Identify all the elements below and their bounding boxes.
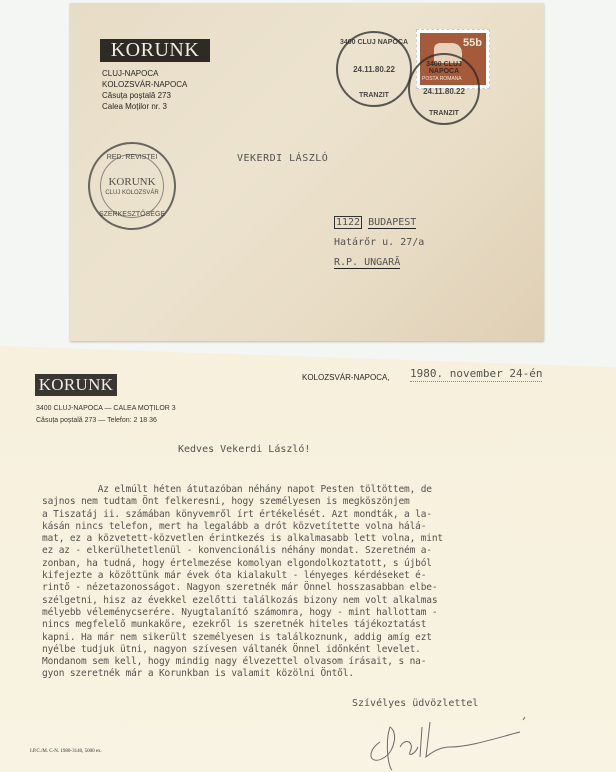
recipient-street: Határőr u. 27/a xyxy=(334,233,424,253)
recipient-zip: 1122 xyxy=(334,216,362,229)
letter-body-line: ez az - elkerülhetetlenül - konvencionál… xyxy=(42,545,602,557)
letter-body-line: kifejezte a közöttünk már évek óta kiala… xyxy=(42,570,602,582)
recipient-name: VEKERDI LÁSZLÓ xyxy=(237,153,328,164)
seal-middle-text: KORUNK xyxy=(90,176,174,188)
seal-top-text: RED. REVISTEI xyxy=(90,154,174,161)
letter-body-line: kásán nincs telefon, mert ha legalább a … xyxy=(42,521,602,533)
letter-body-line: mat, ez a közvetett-közvetlen érintkezés… xyxy=(42,533,602,545)
postmark-bottom-text: TRANZIT xyxy=(410,110,478,117)
envelope: KORUNK CLUJ-NAPOCA KOLOZSVÁR-NAPOCA Căsu… xyxy=(70,3,544,341)
letterhead-address: 3400 CLUJ-NAPOCA — CALEA MOȚILOR 3 Căsuț… xyxy=(36,403,176,427)
letterhead-address-line: Căsuța poștală 273 — Telefon: 2 18 36 xyxy=(36,415,176,427)
envelope-sender-address: CLUJ-NAPOCA KOLOZSVÁR-NAPOCA Căsuța poșt… xyxy=(102,68,187,112)
letter-body-line: a Tiszatáj ii. számában könyvemről írt é… xyxy=(42,509,602,521)
letter-body-line: mélyebb véleménycserére. Nyugtalanító sz… xyxy=(42,607,602,619)
letter-body-line: kapni. Ha már nem sikerült személyesen i… xyxy=(42,632,602,644)
letter-body-line: sajnos nem tudtam Önt felkeresni, hogy s… xyxy=(42,496,602,508)
signature xyxy=(360,712,530,772)
letterhead-logo: KORUNK xyxy=(35,374,117,396)
letter-body-line: rintő - nézetazonosságot. Nagyon szeretn… xyxy=(42,582,602,594)
recipient-country: R.P. UNGARĂ xyxy=(334,257,400,269)
letter-body-line: gyon szeretnék már a Korunkban is valami… xyxy=(42,668,602,680)
letter-body-line: nyélbe tudjuk ütni, nagyon szívesen vált… xyxy=(42,644,602,656)
closing: Szívélyes üdvözlettel xyxy=(352,698,478,709)
letter-body-line: zonban, ha tudná, hogy értelmezése komol… xyxy=(42,558,602,570)
postmark: 3400 CLUJ NAPOCA 24.11.80.22 TRANZIT xyxy=(336,31,412,107)
letterhead-address-line: 3400 CLUJ-NAPOCA — CALEA MOȚILOR 3 xyxy=(36,403,176,415)
letter-place: KOLOZSVÁR-NAPOCA, xyxy=(302,373,390,382)
letter: KORUNK 3400 CLUJ-NAPOCA — CALEA MOȚILOR … xyxy=(0,346,616,772)
postmark-top-text: 3400 CLUJ NAPOCA xyxy=(338,39,410,46)
postmark-date: 24.11.80.22 xyxy=(410,87,478,96)
postmark-date: 24.11.80.22 xyxy=(338,65,410,74)
letter-body-line: Az elmúlt héten átutazóban néhány napot … xyxy=(42,484,602,496)
sender-address-line: Căsuța poștală 273 xyxy=(102,90,187,101)
sender-address-line: Calea Moților nr. 3 xyxy=(102,101,187,112)
letter-date: 1980. november 24-én xyxy=(410,367,542,382)
recipient-city: BUDAPEST xyxy=(368,217,416,229)
envelope-logo: KORUNK xyxy=(100,39,210,62)
sender-address-line: KOLOZSVÁR-NAPOCA xyxy=(102,79,187,90)
sender-address-line: CLUJ-NAPOCA xyxy=(102,68,187,79)
letter-body: Az elmúlt héten átutazóban néhány napot … xyxy=(42,484,602,681)
seal-bottom-text: SZERKESZTŐSÉGE xyxy=(90,211,174,218)
letter-body-line: Mondanom sem kell, hogy mindig nagy élve… xyxy=(42,656,602,668)
printer-note: I.P.C./M. C-N. 1980-3140, 5000 ex. xyxy=(30,749,102,754)
editorial-seal: RED. REVISTEI KORUNK CLUJ KOLOZSVÁR SZER… xyxy=(88,142,176,230)
postmark-top-text: 3400 CLUJ NAPOCA xyxy=(410,61,478,75)
seal-city-text: CLUJ KOLOZSVÁR xyxy=(90,190,174,196)
recipient-address: 1122 BUDAPEST Határőr u. 27/a R.P. UNGAR… xyxy=(334,213,424,273)
postmark-bottom-text: TRANZIT xyxy=(338,92,410,99)
letter-body-line: nincs megfelelő munkaköre, ezekről is sz… xyxy=(42,619,602,631)
letter-body-line: szélgetni, hisz az évekkel ezelőtti talá… xyxy=(42,595,602,607)
postmark: 3400 CLUJ NAPOCA 24.11.80.22 TRANZIT xyxy=(408,53,480,125)
stamp-value: 55b xyxy=(463,37,482,49)
salutation: Kedves Vekerdi László! xyxy=(178,444,310,455)
